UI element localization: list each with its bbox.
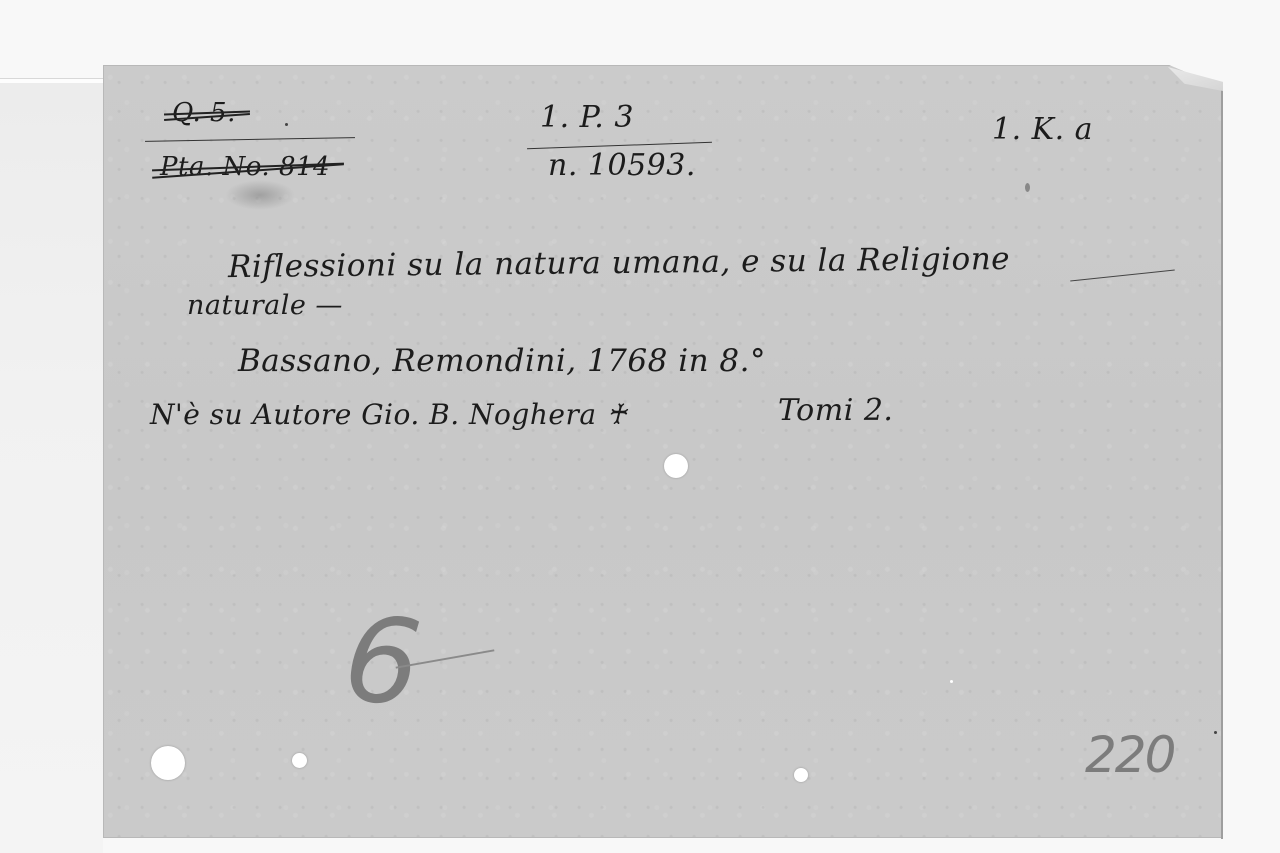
card-right-edge xyxy=(1221,87,1223,839)
ink-speck xyxy=(950,680,953,683)
scanned-page: Q. 5. Pta. No. 814 1. P. 3 n. 10593. 1. … xyxy=(0,0,1280,853)
punch-hole-small xyxy=(292,753,307,768)
ink-speck xyxy=(1214,731,1217,734)
scanner-backdrop xyxy=(0,80,103,853)
ink-smudge xyxy=(225,180,295,210)
pencil-numeral: 6 xyxy=(338,588,427,733)
struck-reference-1-text: Q. 5. xyxy=(172,98,236,128)
title-line-2: naturale — xyxy=(187,290,343,321)
shelfmark-lower: n. 10593. xyxy=(548,148,696,183)
author-note: N'è su Autore Gio. B. Noghera ♰ xyxy=(150,398,627,431)
struck-reference-2: Pta. No. 814 xyxy=(160,152,330,182)
ink-speck xyxy=(1025,183,1030,192)
classification-code: 1. K. a xyxy=(992,112,1093,147)
punch-hole-bottom xyxy=(794,768,808,782)
punch-hole-large xyxy=(151,746,185,780)
volume-count: Tomi 2. xyxy=(778,393,893,428)
shelfmark-upper: 1. P. 3 xyxy=(540,100,634,135)
punch-hole-center xyxy=(664,454,688,478)
struck-reference-1: Q. 5. xyxy=(172,98,236,128)
imprint-line: Bassano, Remondini, 1768 in 8.° xyxy=(238,343,766,379)
ink-speck xyxy=(285,123,288,126)
pencil-number-bottom-right: 220 xyxy=(1085,726,1174,784)
struck-reference-2-text: Pta. No. 814 xyxy=(160,152,330,182)
scanner-backdrop-edge xyxy=(0,78,105,83)
